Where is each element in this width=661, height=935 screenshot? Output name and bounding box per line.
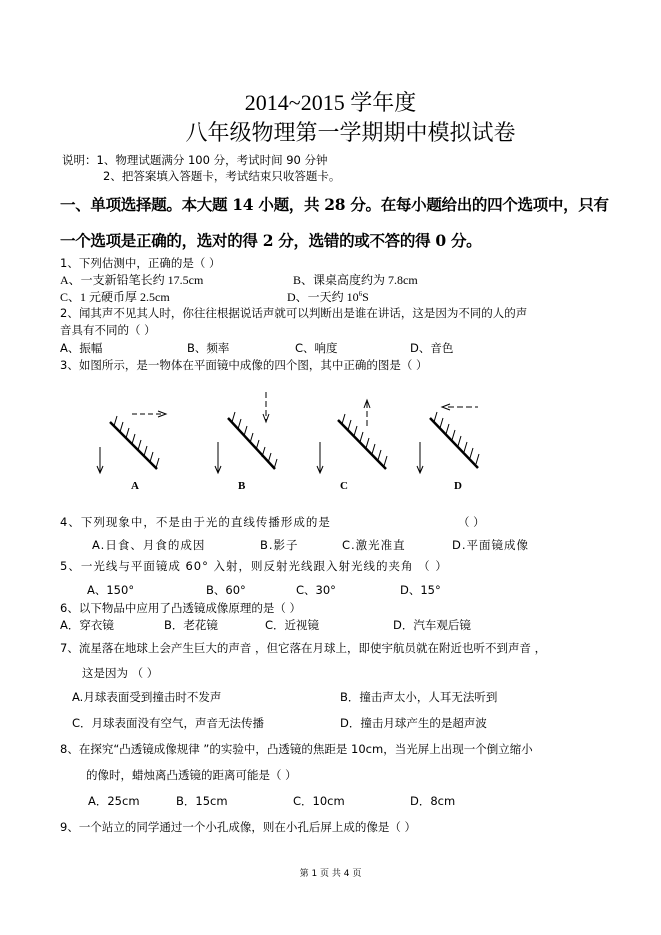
option-c: C．近视镜	[265, 617, 319, 633]
section-heading-line-2: 一个选项是正确的，选对的得 2 分，选错的或不答的得 0 分。	[60, 229, 481, 251]
option-b: B、课桌高度约为 7.8cm	[293, 271, 418, 288]
option-a: A.月球表面受到撞击时不发声	[72, 689, 221, 705]
diagram-a	[97, 411, 166, 473]
option-b: B.影子	[260, 537, 299, 553]
question-stem: 3、如图所示，是一物体在平面镜中成像的四个图，其中正确的图是（ ）	[60, 357, 427, 373]
option-c: C.激光准直	[342, 537, 406, 553]
option-d: D、15°	[400, 582, 441, 598]
option-b: B、60°	[206, 582, 246, 598]
option-c: C、响度	[295, 340, 338, 356]
option-a: A、振幅	[60, 340, 102, 356]
option-d: D、一天约 106S	[287, 288, 369, 305]
option-b: B、频率	[187, 340, 229, 356]
question-stem: 6、以下物品中应用了凸透镜成像原理的是（ ）	[60, 600, 301, 616]
option-d: D.平面镜成像	[452, 537, 529, 553]
instruction-line-2: 2、把答案填入答题卡，考试结束只收答题卡。	[103, 168, 340, 184]
question-stem: 5、一光线与平面镜成 60° 入射，则反射光线跟入射光线的夹角 （ ）	[60, 558, 448, 574]
option-c: C、1 元硬币厚 2.5cm	[60, 288, 170, 305]
option-b: B．老花镜	[164, 617, 218, 633]
diagram-label-b: B	[238, 480, 245, 492]
instruction-line-1: 说明：1、物理试题满分 100 分，考试时间 90 分钟	[62, 152, 328, 168]
diagram-b	[215, 392, 277, 473]
option-a: A.日食、月食的成因	[92, 537, 205, 553]
option-c: C．月球表面没有空气，声音无法传播	[72, 715, 264, 731]
option-b: B．15cm	[176, 793, 228, 809]
diagram-label-a: A	[131, 480, 139, 492]
exam-title: 八年级物理第一学期期中模拟试卷	[0, 116, 661, 147]
page-number-footer: 第 1 页 共 4 页	[0, 866, 661, 879]
section-heading-line-1: 一、单项选择题。本大题 14 小题，共 28 分。在每小题给出的四个选项中，只有	[60, 193, 609, 215]
option-d-unit: S	[362, 290, 369, 304]
option-a: A．25cm	[88, 793, 140, 809]
option-c: C．10cm	[293, 793, 345, 809]
question-stem-line-1: 7、流星落在地球上会产生巨大的声音 ，但它落在月球上，即使宇航员就在附近也听不到…	[60, 640, 546, 656]
answer-blank: （ ）	[458, 514, 485, 530]
option-d: D．汽车观后镜	[393, 617, 471, 633]
question-stem: 4、下列现象中，不是由于光的直线传播形成的是	[60, 514, 331, 530]
option-d: D、音色	[410, 340, 453, 356]
question-stem-line-1: 8、在探究“凸透镜成像规律 ”的实验中，凸透镜的焦距是 10cm，当光屏上出现一…	[60, 741, 533, 757]
exam-year-title: 2014~2015 学年度	[0, 86, 661, 117]
question-stem-line-2: 音具有不同的（ ）	[60, 322, 156, 338]
mirror-diagrams	[80, 390, 500, 475]
option-a: A、150°	[87, 582, 134, 598]
option-a: A．穿衣镜	[60, 617, 114, 633]
question-stem: 1、下列估测中，正确的是（ ）	[60, 255, 220, 271]
question-stem: 9、一个站立的同学通过一个小孔成像，则在小孔后屏上成的像是（ ）	[60, 819, 416, 835]
diagram-c	[317, 400, 387, 473]
option-b: B．撞击声太小，人耳无法听到	[340, 689, 497, 705]
question-stem-line-2: 这是因为 （ ）	[82, 665, 158, 681]
option-c: C、30°	[296, 582, 336, 598]
diagram-d	[417, 404, 479, 473]
question-stem-line-2: 的像时，蜡烛离凸透镜的距离可能是（ ）	[86, 767, 297, 783]
question-stem-line-1: 2、闻其声不见其人时，你往往根据说话声就可以判断出是谁在讲话，这是因为不同的人的…	[60, 305, 527, 321]
option-d-text: D、一天约 10	[287, 290, 359, 304]
diagram-label-c: C	[340, 480, 348, 492]
option-d: D．8cm	[410, 793, 455, 809]
diagram-label-d: D	[454, 480, 462, 492]
option-a: A、一支新铅笔长约 17.5cm	[60, 271, 203, 288]
option-d: D．撞击月球产生的是超声波	[340, 715, 487, 731]
